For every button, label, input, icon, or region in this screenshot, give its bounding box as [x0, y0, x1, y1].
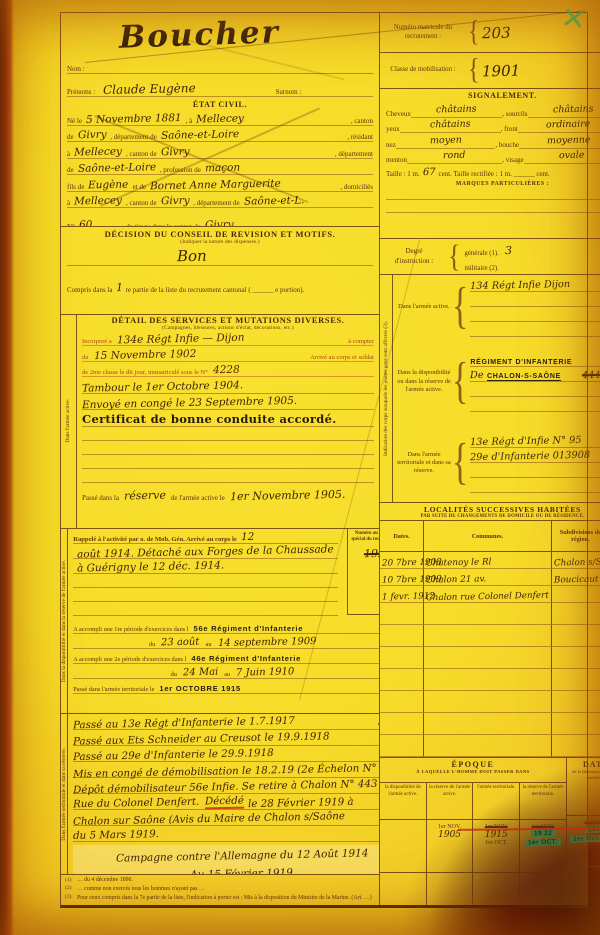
immatricule-label: de 2me classe le dit jour, immatriculé s…	[82, 369, 208, 376]
degre-values: générale (1). 3 militaire (2).	[464, 242, 511, 272]
periode2-line: A accompli une 2e période d'exercices da…	[73, 649, 379, 664]
incorpore-line-1: Incorporé a 134e Régt Infie — Dijon à co…	[82, 331, 374, 347]
reserve-handwritten: réserve	[124, 488, 166, 502]
terr-line-2: Passé aux Ets Schneider au Creusot le 19…	[73, 730, 379, 746]
canton-de-label: , canton de	[126, 150, 157, 158]
corps-side-gutter: Indication des corps auxquels les jeunes…	[380, 275, 393, 502]
regiment-46-stamp: 46e Régiment d'Infanterie	[191, 654, 301, 663]
matricule-corps-handwritten: 4228	[213, 364, 240, 377]
rappel-line-1: Rappelé à l'activité par o. de Mob. Gén.…	[73, 529, 338, 544]
compris-post-label: re partie de la liste du recrutement can…	[126, 286, 305, 294]
blank-rule	[470, 397, 600, 412]
incorpore-line-2: du 15 Novembre 1902 Arrivé au corps et s…	[82, 346, 374, 362]
classe-label: Classe de mobilisation :	[380, 66, 466, 74]
campagne-block: Campagne contre l'Allemagne du 12 Août 1…	[73, 845, 379, 874]
prenoms-label: Prénoms :	[67, 88, 95, 96]
a-label: à	[67, 199, 70, 207]
passe-13e-handwritten: Passé au 13e Régt d'Infanterie le 1.7.19…	[73, 715, 295, 732]
birthplace-handwritten: Mellecey	[196, 113, 244, 126]
conge-handwritten: Envoyé en congé le 23 Septembre 1905.	[82, 395, 297, 412]
prenoms-handwritten: Claude Eugène	[103, 81, 196, 97]
rue-denfert-handwritten: Rue du Colonel Denfert.	[73, 796, 200, 811]
periode2-dates-line: du 24 Mai au 7 Juin 1910	[73, 664, 379, 679]
terr-line-6: Rue du Colonel Denfert. Décédé le 28 Fév…	[73, 794, 379, 810]
departement-residence-handwritten: Saône-et-Loire	[77, 161, 155, 175]
chalon-stamp: CHALON-S-SAÔNE	[487, 373, 561, 381]
loc-subdiv-handwritten: Chalon s/S	[554, 558, 600, 569]
blank-rule	[470, 292, 600, 307]
localites-empty-row	[380, 625, 600, 647]
epoque-date-column: DATE de la libération du service militai…	[567, 758, 600, 905]
birthdate-handwritten: 5 Novembre 1881	[86, 112, 182, 126]
disponibilite-side-label: Dans la disponibilité et dans la réserve…	[61, 560, 67, 682]
blank-rule	[386, 187, 600, 200]
matricule-label: Numéro matricule du recrutement :	[380, 24, 466, 41]
epoque-header: la disponibilité de l'armée active. la r…	[380, 782, 566, 820]
green-date-stamp: 19 22	[531, 830, 556, 838]
localites-section: LOCALITÉS SUCCESSIVES HABITÉES PAR SUITE…	[380, 503, 600, 758]
periodes-block: A accompli une 1re période d'exercices d…	[73, 619, 379, 694]
father-handwritten: Eugène	[88, 178, 129, 191]
visage-label: , visage	[502, 156, 523, 164]
footnote-text: … du 4 décembre 1890. … comme non exercé…	[77, 876, 375, 904]
localites-empty-row	[380, 691, 600, 713]
tirage-canton-handwritten: Givry	[205, 219, 234, 226]
generale-label: générale (1).	[464, 250, 498, 257]
classe-box: Classe de mobilisation : { 1901	[380, 53, 600, 89]
date-subtitle: de la libération du service militaire.	[567, 769, 600, 781]
brace-glyph: {	[452, 353, 468, 410]
de-label: de	[67, 133, 74, 141]
localites-empty-row	[380, 647, 600, 669]
col-dates: Dates.	[380, 521, 424, 551]
services-side-gutter: Dans l'armée active.	[61, 315, 77, 528]
corps-active-label: Dans l'armée active.	[396, 303, 452, 311]
corps-active-handwritten: 134 Régt Infie Dijon	[470, 279, 570, 292]
nez-handwritten: moyen	[430, 134, 462, 146]
front-label: , front	[501, 125, 518, 133]
services-body: DÉTAIL DES SERVICES ET MUTATIONS DIVERSE…	[77, 315, 379, 528]
de-label: de	[67, 166, 74, 174]
territoriale-side-gutter: Dans l'armée territoriale et dans sa rés…	[61, 714, 68, 874]
regiment-56-stamp: 56e Régiment d'Infanterie	[194, 624, 304, 633]
taille-rectifiee-label: cent. Taille rectifiée : 1 m. ______ cen…	[438, 170, 549, 178]
profession-label: , profession de	[160, 166, 201, 174]
canton-handwritten: Givry	[77, 129, 106, 142]
rappel-day-handwritten: 12	[241, 531, 255, 543]
canton-domicile-handwritten: Givry	[160, 195, 189, 208]
degre-label: Degré d'instruction :	[384, 247, 444, 265]
canton-de-label: , canton de	[126, 199, 157, 207]
passe-dans-la-label: Passé dans la	[82, 494, 119, 502]
services-section: Dans l'armée active. DÉTAIL DES SERVICES…	[61, 314, 379, 528]
blank-rule	[470, 307, 600, 322]
incorpore-line-3: de 2me classe le dit jour, immatriculé s…	[82, 362, 374, 378]
epoque-col1-value	[380, 820, 427, 872]
etat-line-3: à Mellecey , canton de Givry , départeme…	[67, 142, 373, 158]
etat-line-4: de Saône-et-Loire , profession de maçon	[67, 159, 373, 175]
mother-handwritten: Bornet Anne Marguerite	[150, 177, 281, 192]
signalement-row-4: menton rond , visage ovale	[386, 149, 600, 165]
footnote-line-1: … du 4 décembre 1890.	[77, 876, 375, 885]
periode1-start-handwritten: 23 août	[161, 636, 200, 648]
compris-line: Compris dans la 1 re partie de la liste …	[67, 276, 373, 294]
degre-label-line1: Degré	[384, 247, 444, 256]
arrive-au-corps-label: Arrivé au corps et soldat	[310, 354, 374, 361]
rappel-rows: Rappelé à l'activité par o. de Mob. Gén.…	[73, 529, 379, 616]
territoriale-side-label: Dans l'armée territoriale et dans sa rés…	[61, 748, 67, 841]
corps-affectation-section: Indication des corps auxquels les jeunes…	[380, 275, 600, 503]
decision-section: DÉCISION DU CONSEIL DE REVISION ET MOTIF…	[61, 226, 379, 314]
blank-rule	[470, 322, 600, 337]
avis-date-handwritten: du 5 Mars 1919.	[73, 828, 159, 842]
rappel-line-3: à Guérigny le 12 déc. 1914.	[73, 559, 338, 574]
compris-num-handwritten: 1	[115, 281, 122, 294]
blank-rule	[82, 441, 374, 455]
reserve-date-handwritten: 1er Novembre 1905.	[230, 487, 346, 502]
cheveux-handwritten: châtains	[436, 103, 477, 115]
footnotes-section: (1) (2) (3) … du 4 décembre 1890. … comm…	[61, 874, 379, 905]
blank-rule	[73, 574, 338, 588]
surname-handwritten: Boucher	[118, 14, 280, 56]
rappel-side-gutter: Dans la disponibilité et dans la réserve…	[61, 529, 68, 713]
au-label: au	[206, 641, 212, 648]
blank-rule	[470, 382, 600, 397]
brace-glyph: {	[468, 54, 480, 88]
etat-line-6: à Mellecey , canton de Givry , départeme…	[67, 192, 373, 208]
regiment-infanterie-stamp: RÉGIMENT D'INFANTERIE	[470, 359, 572, 366]
surnom-label: Surnom :	[275, 88, 301, 96]
corps-dispo-row: Dans la disponibilité ou dans la réserve…	[393, 339, 600, 424]
terr-line-4: Mis en congé de démobilisation le 18.2.1…	[73, 762, 379, 778]
periode1-end-handwritten: 14 septembre 1909	[217, 636, 316, 649]
corps-territoriale-label: Dans l'armée territoriale et dans sa rés…	[396, 451, 452, 476]
footnote-line-2: … comme non exercés tous les hommes n'ay…	[77, 885, 375, 894]
localites-empty-row	[380, 735, 600, 757]
armee-active-side-label: Dans l'armée active.	[65, 399, 71, 443]
epoque-empty-row	[380, 873, 566, 905]
generale-handwritten: 3	[505, 243, 512, 256]
matricule-form: Boucher Nom : Prénoms : Claude Eugène Su…	[60, 12, 588, 908]
blank-rule	[386, 200, 600, 213]
footnote-mark-1: (1)	[65, 876, 77, 884]
green-check-mark: ✕	[559, 0, 589, 38]
localites-empty-row	[380, 713, 600, 735]
du-label: du	[82, 354, 89, 361]
prenoms-line: Prénoms : Claude Eugène Surnom :	[67, 74, 373, 97]
green-date-stamp: 1er OCT.	[525, 838, 561, 846]
passe-territoriale-line: Passé dans l'armée territoriale le 1er O…	[73, 679, 379, 694]
epoque-title: ÉPOQUE	[380, 760, 566, 769]
fiche-matricule-photo: Offre. — Registre matricule — 131-89-190…	[0, 0, 600, 935]
blank-rule	[470, 463, 600, 478]
col-communes: Communes.	[424, 521, 552, 551]
rappele-label: Rappelé à l'activité par o. de Mob. Gén.…	[73, 536, 237, 543]
date-title: DATE	[567, 760, 600, 769]
corps-body: Dans l'armée active. { 134 Régt Infie Di…	[393, 275, 600, 502]
right-column: Numéro matricule du recrutement : { 203 …	[380, 13, 600, 905]
a-label: , à	[186, 117, 193, 125]
numero-controle-label: Numéro au contrôle spécial du recrutemen…	[350, 531, 379, 543]
terr-29e-handwritten: 29e d'Infanterie 013908	[470, 450, 590, 464]
tambour-handwritten: Tambour le 1er Octobre 1904.	[82, 379, 243, 394]
bouche-handwritten: moyenne	[547, 134, 591, 146]
etat-civil-section: ÉTAT CIVIL. Né le 5 Novembre 1881 , à Me…	[61, 99, 379, 226]
passe-territoriale-label: Passé dans l'armée territoriale le	[73, 686, 154, 693]
corps-side-label: Indication des corps auxquels les jeunes…	[383, 321, 389, 456]
domicile-handwritten: Mellecey	[74, 194, 122, 207]
localites-empty-row	[380, 603, 600, 625]
identity-header: Boucher Nom : Prénoms : Claude Eugène Su…	[61, 13, 379, 99]
loc-commune-handwritten: Chalon 21 av.	[426, 574, 486, 585]
sourcils-handwritten: châtains	[553, 103, 594, 115]
du-label: du	[171, 671, 177, 678]
terr-line-8: du 5 Mars 1919.	[73, 826, 379, 842]
terr-line-7: Chalon sur Saône (Avis du Maire de Chalo…	[73, 810, 379, 826]
terr-line-1: Passé au 13e Régt d'Infanterie le 1.7.19…	[73, 714, 379, 730]
fils-de-label: fils de	[67, 183, 84, 191]
localites-row: 10 7bre 1909 Chalon 21 av. Boucicaut R	[380, 569, 600, 586]
numero-controle-handwritten: 192	[364, 546, 379, 559]
epoque-col3-header: l'armée territoriale.	[473, 783, 520, 819]
au-label: au	[224, 671, 230, 678]
brace-glyph: {	[452, 435, 468, 492]
localites-subtitle: PAR SUITE DE CHANGEMENTS DE DOMICILE OU …	[380, 514, 600, 519]
periode2-start-handwritten: 24 Mai	[183, 666, 219, 678]
degre-instruction-section: Degré d'instruction : { générale (1). 3 …	[380, 239, 600, 275]
territoriale-section: Dans l'armée territoriale et dans sa rés…	[61, 713, 379, 874]
certificat-line: Certificat de bonne conduite accordé.	[82, 410, 374, 427]
localites-empty-row	[380, 669, 600, 691]
loc-commune-handwritten: Chatenoy le Rl	[426, 557, 492, 568]
oct-printed: 1er OCT.	[473, 840, 519, 846]
decision-title: DÉCISION DU CONSEIL DE REVISION ET MOTIF…	[67, 229, 373, 239]
regiment-handwritten: 134e Régt Infie — Dijon	[117, 332, 245, 347]
tambour-line: Tambour le 1er Octobre 1904.	[82, 377, 374, 394]
blank-rule	[73, 602, 338, 616]
departement-de-label: , département de	[193, 199, 239, 207]
domicilies-label: , domiciliés	[340, 183, 373, 191]
decision-handwritten: Bon	[177, 247, 207, 266]
classe-year-handwritten: 1901	[481, 61, 520, 80]
date-value: 1er NOV. 1922 1er Oct. 1922	[567, 815, 600, 867]
localites-row: 1 fevr. 1912 Chalon rue Colonel Denfert	[380, 586, 600, 603]
et-de-label: et de	[133, 183, 146, 191]
bonne-conduite-stamp: Certificat de bonne conduite accordé.	[82, 412, 337, 426]
yeux-handwritten: châtains	[430, 119, 471, 131]
left-column: Boucher Nom : Prénoms : Claude Eugène Su…	[61, 13, 380, 905]
loc-commune-handwritten: Chalon rue Colonel Denfert	[426, 591, 549, 604]
epoque-subtitle: À LAQUELLE L'HOMME DOIT PASSER DANS	[380, 769, 566, 774]
dispo-number-struck-handwritten: 4445	[582, 370, 600, 382]
a-label: à	[67, 150, 70, 158]
departement-label: , département	[335, 150, 373, 158]
octobre-1915-stamp: 1er OCTOBRE 1915	[159, 684, 241, 693]
canton-label: , canton	[351, 117, 373, 125]
brace-glyph: {	[452, 279, 468, 336]
green-date-stamp: 1er Oct. 1922	[570, 834, 600, 843]
visage-handwritten: ovale	[558, 150, 584, 162]
col-subdivisions: Subdivisions de région.	[552, 521, 600, 551]
periode2-label: A accompli une 2e période d'exercices da…	[73, 656, 186, 663]
du-label: du	[149, 641, 155, 648]
menton-handwritten: rond	[443, 150, 466, 161]
deces-date-handwritten: le 28 Février 1919 à	[248, 796, 354, 810]
taille-handwritten: 67	[423, 167, 436, 178]
epoque-title-block: ÉPOQUE À LAQUELLE L'HOMME DOIT PASSER DA…	[380, 758, 566, 782]
front-handwritten: ordinaire	[546, 119, 591, 131]
corps-territoriale-row: Dans l'armée territoriale et dans sa rés…	[393, 424, 600, 502]
nom-label: Nom :	[67, 65, 85, 73]
periode1-line: A accompli une 1re période d'exercices d…	[73, 619, 379, 634]
incorporation-date-handwritten: 15 Novembre 1902	[93, 348, 196, 362]
services-title: DÉTAIL DES SERVICES ET MUTATIONS DIVERSE…	[82, 315, 374, 325]
passe-29e-handwritten: Passé au 29e d'Infanterie le 29.9.1918	[73, 747, 274, 763]
footnote-mark-3: (3)	[65, 893, 77, 901]
signalement-section: SIGNALEMENT. Cheveux châtains , sourcils…	[380, 89, 600, 239]
epoque-col4-header: la réserve de l'armée territoriale.	[520, 783, 566, 819]
departement-domicile-handwritten: Saône-et-L.	[244, 194, 305, 207]
decede-handwritten: Décédé	[204, 794, 243, 809]
armee-active-le-label: de l'armée active le	[171, 494, 225, 502]
epoque-section: ÉPOQUE À LAQUELLE L'HOMME DOIT PASSER DA…	[380, 758, 600, 905]
epoque-col1-header: la disponibilité de l'armée active.	[380, 783, 427, 819]
nom-line: Nom :	[67, 51, 373, 74]
etat-line-1: Né le 5 Novembre 1881 , à Mellecey , can…	[67, 110, 373, 126]
localites-header: Dates. Communes. Subdivisions de région.…	[380, 521, 600, 552]
departement-handwritten: Saône-et-Loire	[161, 129, 239, 143]
margin-note-304bis: 304bis	[378, 718, 379, 728]
periode1-label: A accompli une 1re période d'exercices d…	[73, 626, 188, 633]
periode2-end-handwritten: 7 Juin 1910	[236, 666, 294, 678]
etat-line-2: de Givry , département de Saône-et-Loire…	[67, 126, 373, 142]
passe-reserve-line: Passé dans la réserve de l'armée active …	[82, 483, 374, 502]
conge-line: Envoyé en congé le 23 Septembre 1905.	[82, 394, 374, 411]
residence-handwritten: Mellecey	[74, 145, 122, 158]
blank-rule	[470, 478, 600, 493]
a-compter-label: à compter	[348, 338, 374, 345]
degre-label-line2: d'instruction :	[384, 257, 444, 266]
territoriale-body: Passé au 13e Régt d'Infanterie le 1.7.19…	[68, 714, 379, 874]
tirage-number-handwritten: 60	[79, 219, 93, 226]
ne-le-label: Né le	[67, 117, 82, 125]
menton-label: menton	[386, 156, 407, 164]
corps-active-row: Dans l'armée active. { 134 Régt Infie Di…	[393, 275, 600, 339]
incorpore-label: Incorporé a	[82, 338, 112, 345]
year-handwritten: 1905	[427, 830, 473, 840]
blank-rule	[82, 455, 374, 469]
etat-civil-title: ÉTAT CIVIL.	[67, 100, 373, 109]
decision-value-line: Bon	[67, 245, 373, 266]
de-handwritten: De	[470, 370, 484, 381]
blank-rule	[73, 588, 338, 602]
localites-table: Dates. Communes. Subdivisions de région.…	[380, 520, 600, 757]
taille-label: Taille : 1 m.	[386, 170, 420, 178]
terr-line-3: Passé au 29e d'Infanterie le 29.9.1918	[73, 746, 379, 762]
brace-glyph: {	[448, 239, 460, 275]
footnote-mark-2: (2)	[65, 884, 77, 892]
numero-controle-box: Numéro au contrôle spécial du recrutemen…	[347, 529, 379, 615]
rappel-line-2: août 1914. Détaché aux Forges de la Chau…	[73, 544, 338, 559]
militaire-label: militaire (2).	[464, 265, 498, 272]
residant-label: , résidant	[347, 133, 373, 141]
profession-handwritten: maçon	[205, 162, 240, 175]
rappel-body: Numéro au contrôle spécial du recrutemen…	[68, 529, 379, 713]
localites-row: 20 7bre 1908 Chatenoy le Rl Chalon s/S R	[380, 552, 600, 569]
periode1-dates-line: du 23 août au 14 septembre 1909	[73, 634, 379, 649]
nez-label: nez	[386, 141, 396, 149]
etat-line-5: fils de Eugène et de Bornet Anne Marguer…	[67, 175, 373, 191]
matricule-number-handwritten: 203	[481, 23, 510, 42]
brace-glyph: {	[468, 16, 480, 50]
loc-subdiv-handwritten: Boucicaut	[554, 575, 599, 586]
campagne-allemagne-handwritten: Campagne contre l'Allemagne du 12 Août 1…	[115, 847, 368, 864]
footnote-marks: (1) (2) (3)	[65, 876, 77, 904]
terr-line-5: Dépôt démobilisateur 56e Infie. Se retir…	[73, 778, 379, 794]
taille-line: Taille : 1 m. 67 cent. Taille rectifiée …	[386, 164, 600, 178]
epoque-group: ÉPOQUE À LAQUELLE L'HOMME DOIT PASSER DA…	[380, 758, 567, 905]
terr-13e-handwritten: 13e Régt d'Infie N° 95	[470, 435, 582, 448]
tirage-line: N° 60 de tirage dans le canton de Givry	[67, 216, 373, 226]
departement-label: , département de	[110, 133, 156, 141]
compris-pre-label: Compris dans la	[67, 286, 113, 294]
guerigny-handwritten: à Guérigny le 12 déc. 1914.	[77, 559, 224, 574]
blank-rule	[82, 469, 374, 483]
rappel-section: Dans la disponibilité et dans la réserve…	[61, 528, 379, 713]
blank-rule	[82, 427, 374, 441]
campagne-end-handwritten: Au 15 Février 1919	[190, 867, 293, 874]
localites-title: LOCALITÉS SUCCESSIVES HABITÉES	[380, 505, 600, 514]
printer-imprint: Offre. — Registre matricule — 131-89-190…	[6, 690, 12, 880]
corps-dispo-label: Dans la disponibilité ou dans la réserve…	[396, 369, 452, 394]
epoque-col2-header: la réserve de l'armée active.	[427, 783, 474, 819]
year-handwritten: 1915	[473, 830, 519, 840]
canton-residence-handwritten: Givry	[160, 145, 189, 158]
footnote-line-3: Pour ceux compris dans la 7e partie de l…	[77, 894, 375, 903]
